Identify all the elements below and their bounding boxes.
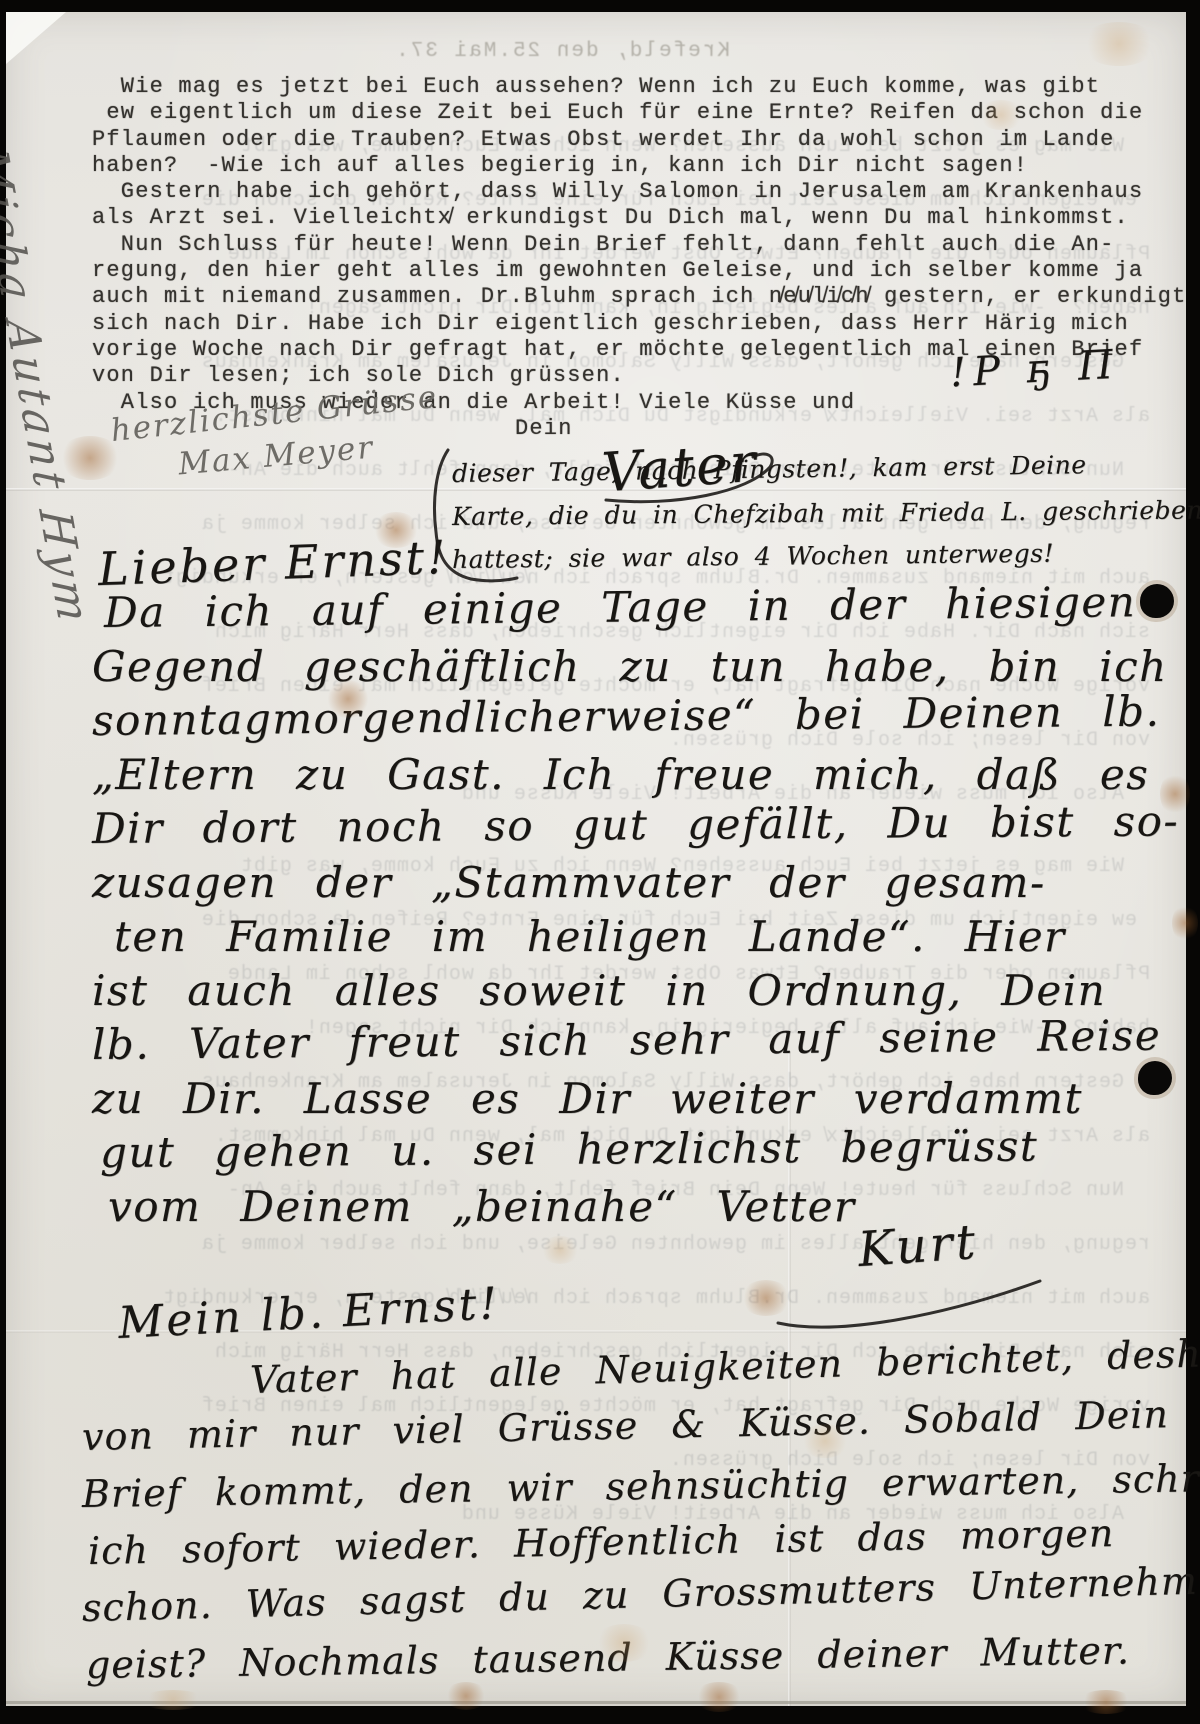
handwritten-line: sonntagmorgendlicherweise“ bei Deinen lb… bbox=[92, 685, 1162, 748]
hebrew-chazak-mark: !P ҕ Π bbox=[949, 342, 1121, 397]
stain bbox=[372, 512, 420, 548]
typed-line: Gestern habe ich gehört, dass Willy Salo… bbox=[92, 179, 1192, 205]
typed-line: haben? -Wie ich auf alles begierig in, k… bbox=[92, 153, 1192, 179]
typed-line: Nun Schluss für heute! Wenn Dein Brief f… bbox=[92, 232, 1192, 258]
typed-line: Pflaumen oder die Trauben? Etwas Obst we… bbox=[92, 127, 1192, 153]
stain bbox=[978, 100, 1024, 130]
typed-line: regung, den hier geht alles im gewohnten… bbox=[92, 258, 1192, 284]
stain bbox=[140, 1690, 206, 1710]
annotation-line: hattest; sie war also 4 Wochen unterwegs… bbox=[452, 531, 1132, 581]
stain bbox=[540, 1236, 580, 1264]
typed-dein: Dein bbox=[515, 416, 573, 441]
stain bbox=[58, 436, 122, 480]
handwritten-line: Dir dort noch so gut gefällt, Du bist so… bbox=[92, 795, 1162, 856]
bleedthrough-dateline: Krefeld, den 25.Mai 37. bbox=[270, 40, 730, 63]
handwritten-line: lb. Vater freut sich sehr auf seine Reis… bbox=[92, 1009, 1162, 1072]
stain bbox=[594, 1624, 654, 1662]
handwritten-letter-body: Da ich auf einige Tage in der hiesigenGe… bbox=[92, 586, 1162, 1234]
stain bbox=[326, 680, 370, 718]
stain bbox=[1160, 772, 1190, 816]
scanned-letter-page: { "scan": { "ghost_header": "Krefeld, de… bbox=[0, 0, 1200, 1724]
typed-line: sich nach Dir. Habe ich Dir eigentlich g… bbox=[92, 311, 1192, 337]
annotation-line: Karte, die du in Chefzibah mit Frieda L.… bbox=[452, 489, 1132, 538]
stain bbox=[444, 1682, 488, 1710]
handwritten-line: Da ich auf einige Tage in der hiesigen bbox=[104, 575, 1163, 640]
stain bbox=[694, 1682, 744, 1712]
annotation-line: dieser Tage, nach Pfingsten!, kam erst D… bbox=[452, 443, 1133, 495]
handwritten-line: ten Familie im heiligen Lande“. Hier bbox=[114, 910, 1162, 964]
stain bbox=[1080, 22, 1158, 66]
handwritten-line: gut gehen u. sei herzlichst begrüsst bbox=[100, 1119, 1162, 1180]
handwritten-line: zu Dir. Lasse es Dir weiter verdammt bbox=[92, 1072, 1162, 1126]
stain bbox=[740, 1280, 792, 1316]
stain bbox=[800, 1424, 850, 1458]
typed-line: auch mit niemand zusammen. Dr.Bluhm spra… bbox=[92, 284, 1192, 310]
handwritten-line: vom Deinem „beinahe“ Vetter bbox=[108, 1180, 1162, 1234]
punch-hole-top bbox=[1140, 584, 1174, 618]
handwritten-line: zusagen der „Stammvater der gesam- bbox=[92, 856, 1162, 910]
typed-line: als Arzt sei. Vielleichtx̸ erkundigst Du… bbox=[92, 205, 1192, 231]
handwritten-line: „Eltern zu Gast. Ich freue mich, daß es bbox=[92, 748, 1162, 802]
kurt-signature: Kurt bbox=[856, 1214, 980, 1278]
typed-line: Wie mag es jetzt bei Euch aussehen? Wenn… bbox=[92, 74, 1192, 100]
stain bbox=[1172, 904, 1198, 942]
handwritten-annotation: dieser Tage, nach Pfingsten!, kam erst D… bbox=[452, 452, 1132, 581]
punch-hole-bottom bbox=[1138, 1061, 1172, 1095]
typed-line: ew eigentlich um diese Zeit bei Euch für… bbox=[92, 100, 1192, 126]
stain bbox=[1078, 1690, 1134, 1714]
corner-fold bbox=[6, 12, 66, 64]
